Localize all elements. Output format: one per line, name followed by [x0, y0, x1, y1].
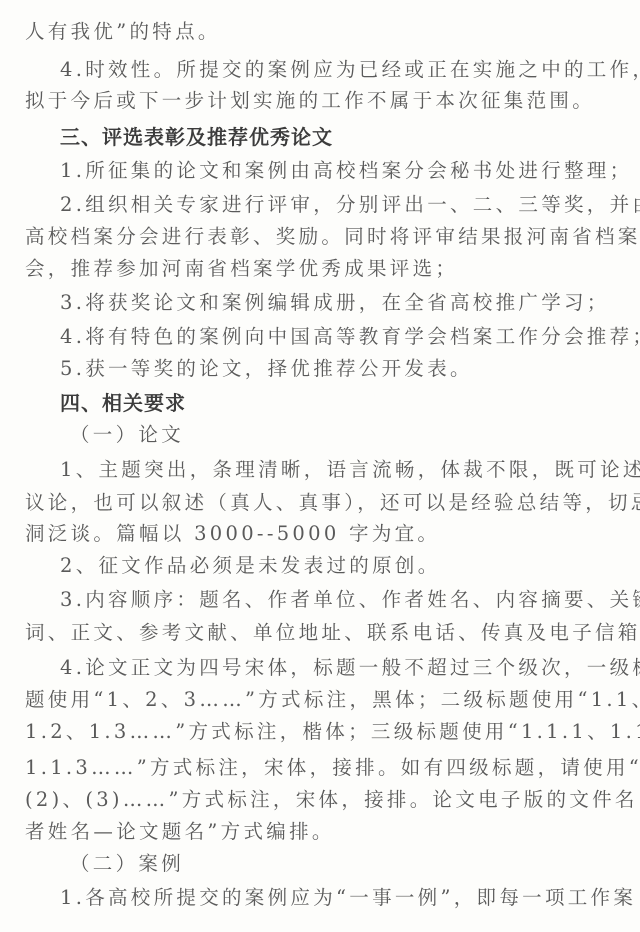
text-line: 2、征文作品必须是未发表过的原创。 — [60, 553, 640, 579]
text-line: 3.将获奖论文和案例编辑成册，在全省高校推广学习； — [60, 290, 640, 316]
text-line: 议论，也可以叙述（真人、真事），还可以是经验总结等，切忌空 — [25, 490, 625, 516]
text-line: 人有我优”的特点。 — [25, 19, 625, 45]
text-line: 1.1.3……”方式标注，宋体，接排。如有四级标题，请使用“(1)、 — [25, 755, 625, 781]
text-line: 洞泛谈。篇幅以 3000--5000 字为宜。 — [25, 521, 625, 547]
text-line: 1、主题突出，条理清晰，语言流畅，体裁不限，既可论述、 — [60, 457, 640, 483]
text-line: 题使用“1、2、3……”方式标注，黑体；二级标题使用“1.1、 — [25, 687, 625, 713]
section-heading: 三、评选表彰及推荐优秀论文 — [60, 124, 640, 150]
subsection-heading: （一）论文 — [70, 422, 640, 448]
text-line: 5.获一等奖的论文，择优推荐公开发表。 — [60, 356, 640, 382]
text-line: 1.2、1.3……”方式标注，楷体；三级标题使用“1.1.1、1.1.2、 — [25, 719, 625, 745]
text-line: 2.组织相关专家进行评审，分别评出一、二、三等奖，并由 — [60, 192, 640, 218]
text-line: 1.所征集的论文和案例由高校档案分会秘书处进行整理； — [60, 158, 640, 184]
text-line: (2)、(3)……”方式标注，宋体，接排。论文电子版的文件名以“作 — [25, 787, 625, 813]
text-line: 4.将有特色的案例向中国高等教育学会档案工作分会推荐； — [60, 324, 640, 350]
text-line: 3.内容顺序：题名、作者单位、作者姓名、内容摘要、关键 — [60, 587, 640, 613]
document-page: 人有我优”的特点。 4.时效性。所提交的案例应为已经或正在实施之中的工作， 拟于… — [0, 0, 640, 932]
text-line: 4.时效性。所提交的案例应为已经或正在实施之中的工作， — [60, 57, 640, 83]
text-line: 4.论文正文为四号宋体，标题一般不超过三个级次，一级标 — [60, 655, 640, 681]
text-line: 词、正文、参考文献、单位地址、联系电话、传真及电子信箱。 — [25, 620, 625, 646]
text-line: 高校档案分会进行表彰、奖励。同时将评审结果报河南省档案学 — [25, 224, 625, 250]
text-line: 1.各高校所提交的案例应为“一事一例”，即每一项工作案 — [60, 885, 640, 911]
section-heading: 四、相关要求 — [60, 390, 640, 416]
subsection-heading: （二）案例 — [70, 851, 640, 877]
text-line: 者姓名—论文题名”方式编排。 — [25, 819, 625, 845]
text-line: 会，推荐参加河南省档案学优秀成果评选； — [25, 256, 625, 282]
text-line: 拟于今后或下一步计划实施的工作不属于本次征集范围。 — [25, 88, 625, 114]
